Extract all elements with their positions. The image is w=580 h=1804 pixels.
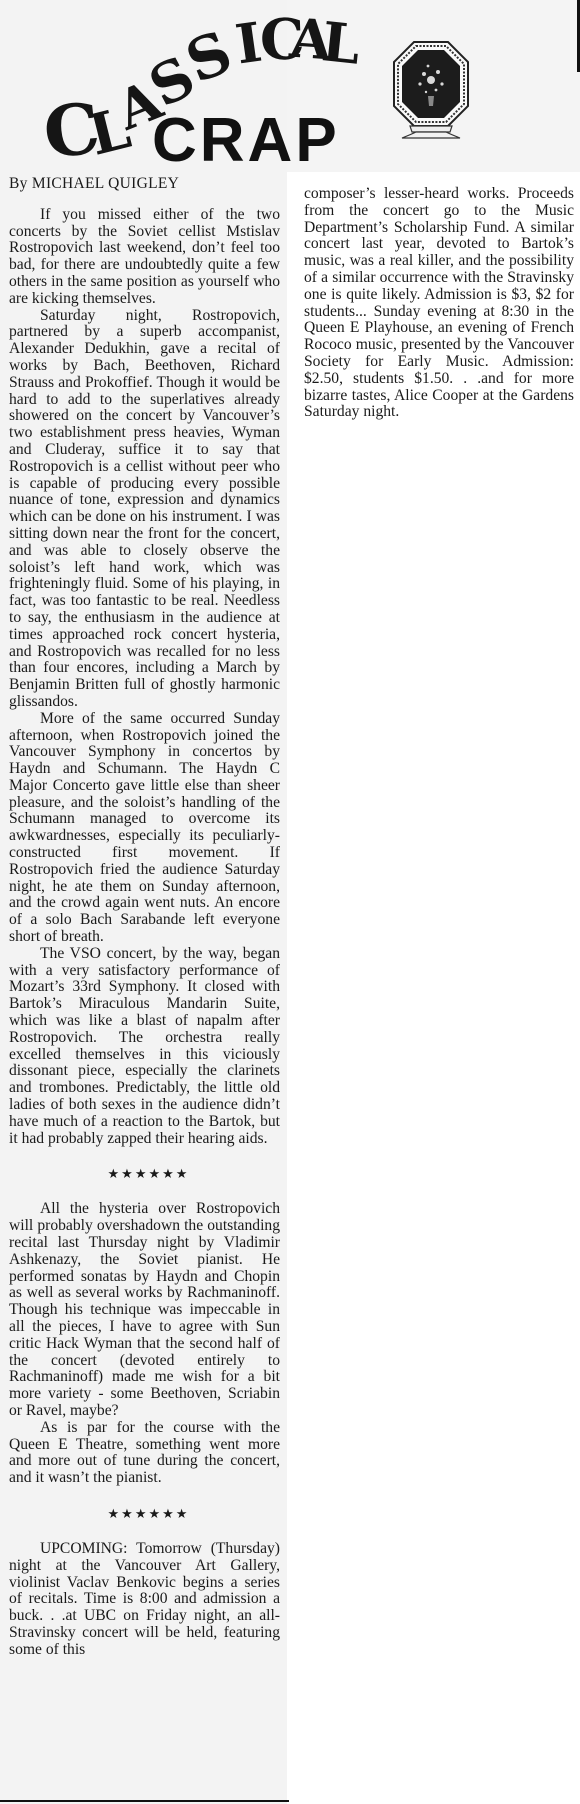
masthead: C L A S S I C A L CRAP [0,0,580,172]
article-paragraph: As is par for the course with the Queen … [9,1420,280,1487]
article-paragraph: More of the same occurred Sunday afterno… [9,711,280,946]
article-paragraph: All the hysteria over Rostropovich will … [9,1201,280,1419]
article-right-column: composer’s lesser-heard works. Proceeds … [304,186,574,421]
upcoming-paragraph: UPCOMING: Tomorrow (Thursday) night at t… [9,1541,280,1659]
title-block-word: CRAP [152,110,340,172]
column-end-rule [0,1800,289,1802]
article-left-column: By MICHAEL QUIGLEY If you missed either … [9,176,280,1659]
article-paragraph: If you missed either of the two concerts… [9,207,280,308]
byline: By MICHAEL QUIGLEY [9,176,280,193]
article-paragraph: Saturday night, Rostropovich, partnered … [9,308,280,711]
octagonal-vase-emblem-icon [392,40,470,142]
star-separator: ★★★★★★ [17,1507,280,1523]
title-letter: L [319,14,362,72]
article-paragraph: The VSO concert, by the way, began with … [9,946,280,1148]
star-separator: ★★★★★★ [17,1167,280,1183]
upcoming-continued-paragraph: composer’s lesser-heard works. Proceeds … [304,186,574,421]
